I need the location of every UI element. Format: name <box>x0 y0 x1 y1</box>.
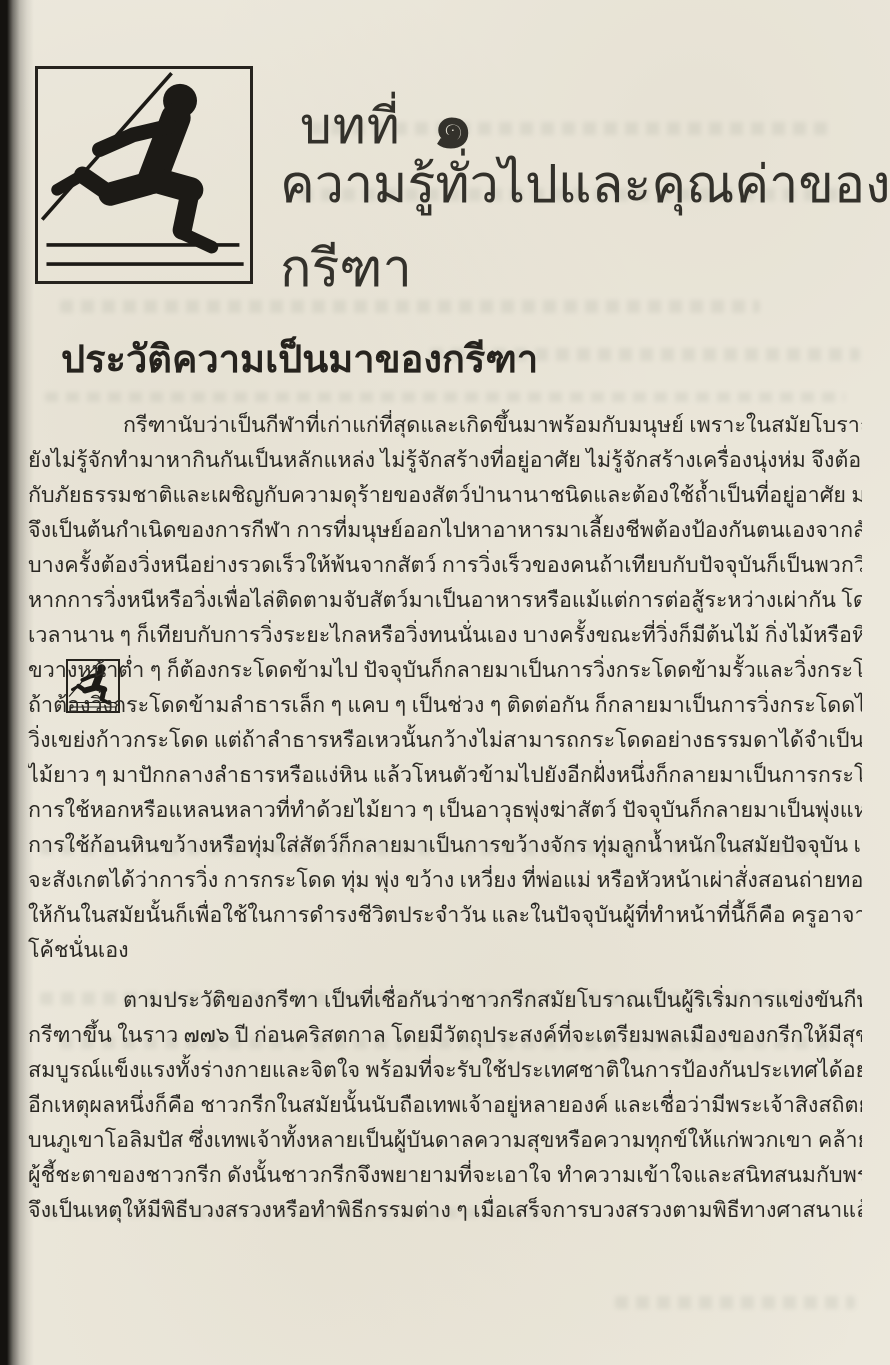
text-line: ถ้าต้องวิ่งกระโดดข้ามลำธารเล็ก ๆ แคบ ๆ เ… <box>28 688 862 723</box>
body-text: กรีฑานับว่าเป็นกีฬาที่เก่าแก่ที่สุดและเก… <box>28 408 862 1228</box>
runner-with-javelin-icon <box>38 69 250 281</box>
text-line: ผู้ชี้ชะตาของชาวกรีก ดังนั้นชาวกรีกจึงพย… <box>28 1158 862 1193</box>
chapter-icon-box <box>35 66 253 284</box>
page-title-line2: กรีฑา <box>280 227 890 311</box>
text-line: การใช้หอกหรือแหลนหลาวที่ทำด้วยไม้ยาว ๆ เ… <box>28 793 862 828</box>
text-line: กับภัยธรรมชาติและเผชิญกับความดุร้ายของสั… <box>28 478 862 513</box>
text-line: หากการวิ่งหนีหรือวิ่งเพื่อไล่ติดตามจับสั… <box>28 583 862 618</box>
text-line: ไม้ยาว ๆ มาปักกลางลำธารหรือแง่หิน แล้วโห… <box>28 758 862 793</box>
text-line: ขวางหน้าต่ำ ๆ ก็ต้องกระโดดข้ามไป ปัจจุบั… <box>28 653 862 688</box>
paragraph: กรีฑานับว่าเป็นกีฬาที่เก่าแก่ที่สุดและเก… <box>28 408 862 968</box>
text-line: วิ่งเขย่งก้าวกระโดด แต่ถ้าลำธารหรือเหวนั… <box>28 723 862 758</box>
page-title: ความรู้ทั่วไปและคุณค่าของ กรีฑา <box>280 143 890 311</box>
text-line: กรีฑานับว่าเป็นกีฬาที่เก่าแก่ที่สุดและเก… <box>28 408 862 443</box>
text-line: บางครั้งต้องวิ่งหนีอย่างรวดเร็วให้พ้นจาก… <box>28 548 862 583</box>
text-line: ให้กันในสมัยนั้นก็เพื่อใช้ในการดำรงชีวิต… <box>28 898 862 933</box>
text-line: จึงเป็นต้นกำเนิดของการกีฬา การที่มนุษย์อ… <box>28 513 862 548</box>
text-line: บนภูเขาโอลิมปัส ซึ่งเทพเจ้าทั้งหลายเป็นผ… <box>28 1123 862 1158</box>
text-line: การใช้ก้อนหินขว้างหรือทุ่มใส่สัตว์ก็กลาย… <box>28 828 862 863</box>
section-header: ประวัติความเป็นมาของกรีฑา <box>33 328 860 389</box>
text-line: สมบูรณ์แข็งแรงทั้งร่างกายและจิตใจ พร้อมท… <box>28 1053 862 1088</box>
paragraph: ตามประวัติของกรีฑา เป็นที่เชื่อกันว่าชาว… <box>28 983 862 1228</box>
text-line: จึงเป็นเหตุให้มีพิธีบวงสรวงหรือทำพิธีกรร… <box>28 1193 862 1228</box>
page-spine-shadow <box>0 0 34 1365</box>
scanned-book-page: บทที่๑ ความรู้ทั่วไปและคุณค่าของ กรีฑา <box>0 0 890 1365</box>
section-heading: ประวัติความเป็นมาของกรีฑา <box>61 328 538 389</box>
text-line: เวลานาน ๆ ก็เทียบกับการวิ่งระยะไกลหรือวิ… <box>28 618 862 653</box>
ghost-showthrough <box>615 1296 855 1309</box>
page-title-line1: ความรู้ทั่วไปและคุณค่าของ <box>280 143 890 227</box>
ghost-showthrough <box>45 392 845 402</box>
text-line: กรีฑาขึ้น ในราว ๗๗๖ ปี ก่อนคริสตกาล โดยม… <box>28 1018 862 1053</box>
text-line: ตามประวัติของกรีฑา เป็นที่เชื่อกันว่าชาว… <box>28 983 862 1018</box>
text-line: โค้ชนั่นเอง <box>28 933 862 968</box>
text-line: ยังไม่รู้จักทำมาหากินกันเป็นหลักแหล่ง ไม… <box>28 443 862 478</box>
text-line: จะสังเกตได้ว่าการวิ่ง การกระโดด ทุ่ม พุ่… <box>28 863 862 898</box>
text-line: อีกเหตุผลหนึ่งก็คือ ชาวกรีกในสมัยนั้นนับ… <box>28 1088 862 1123</box>
